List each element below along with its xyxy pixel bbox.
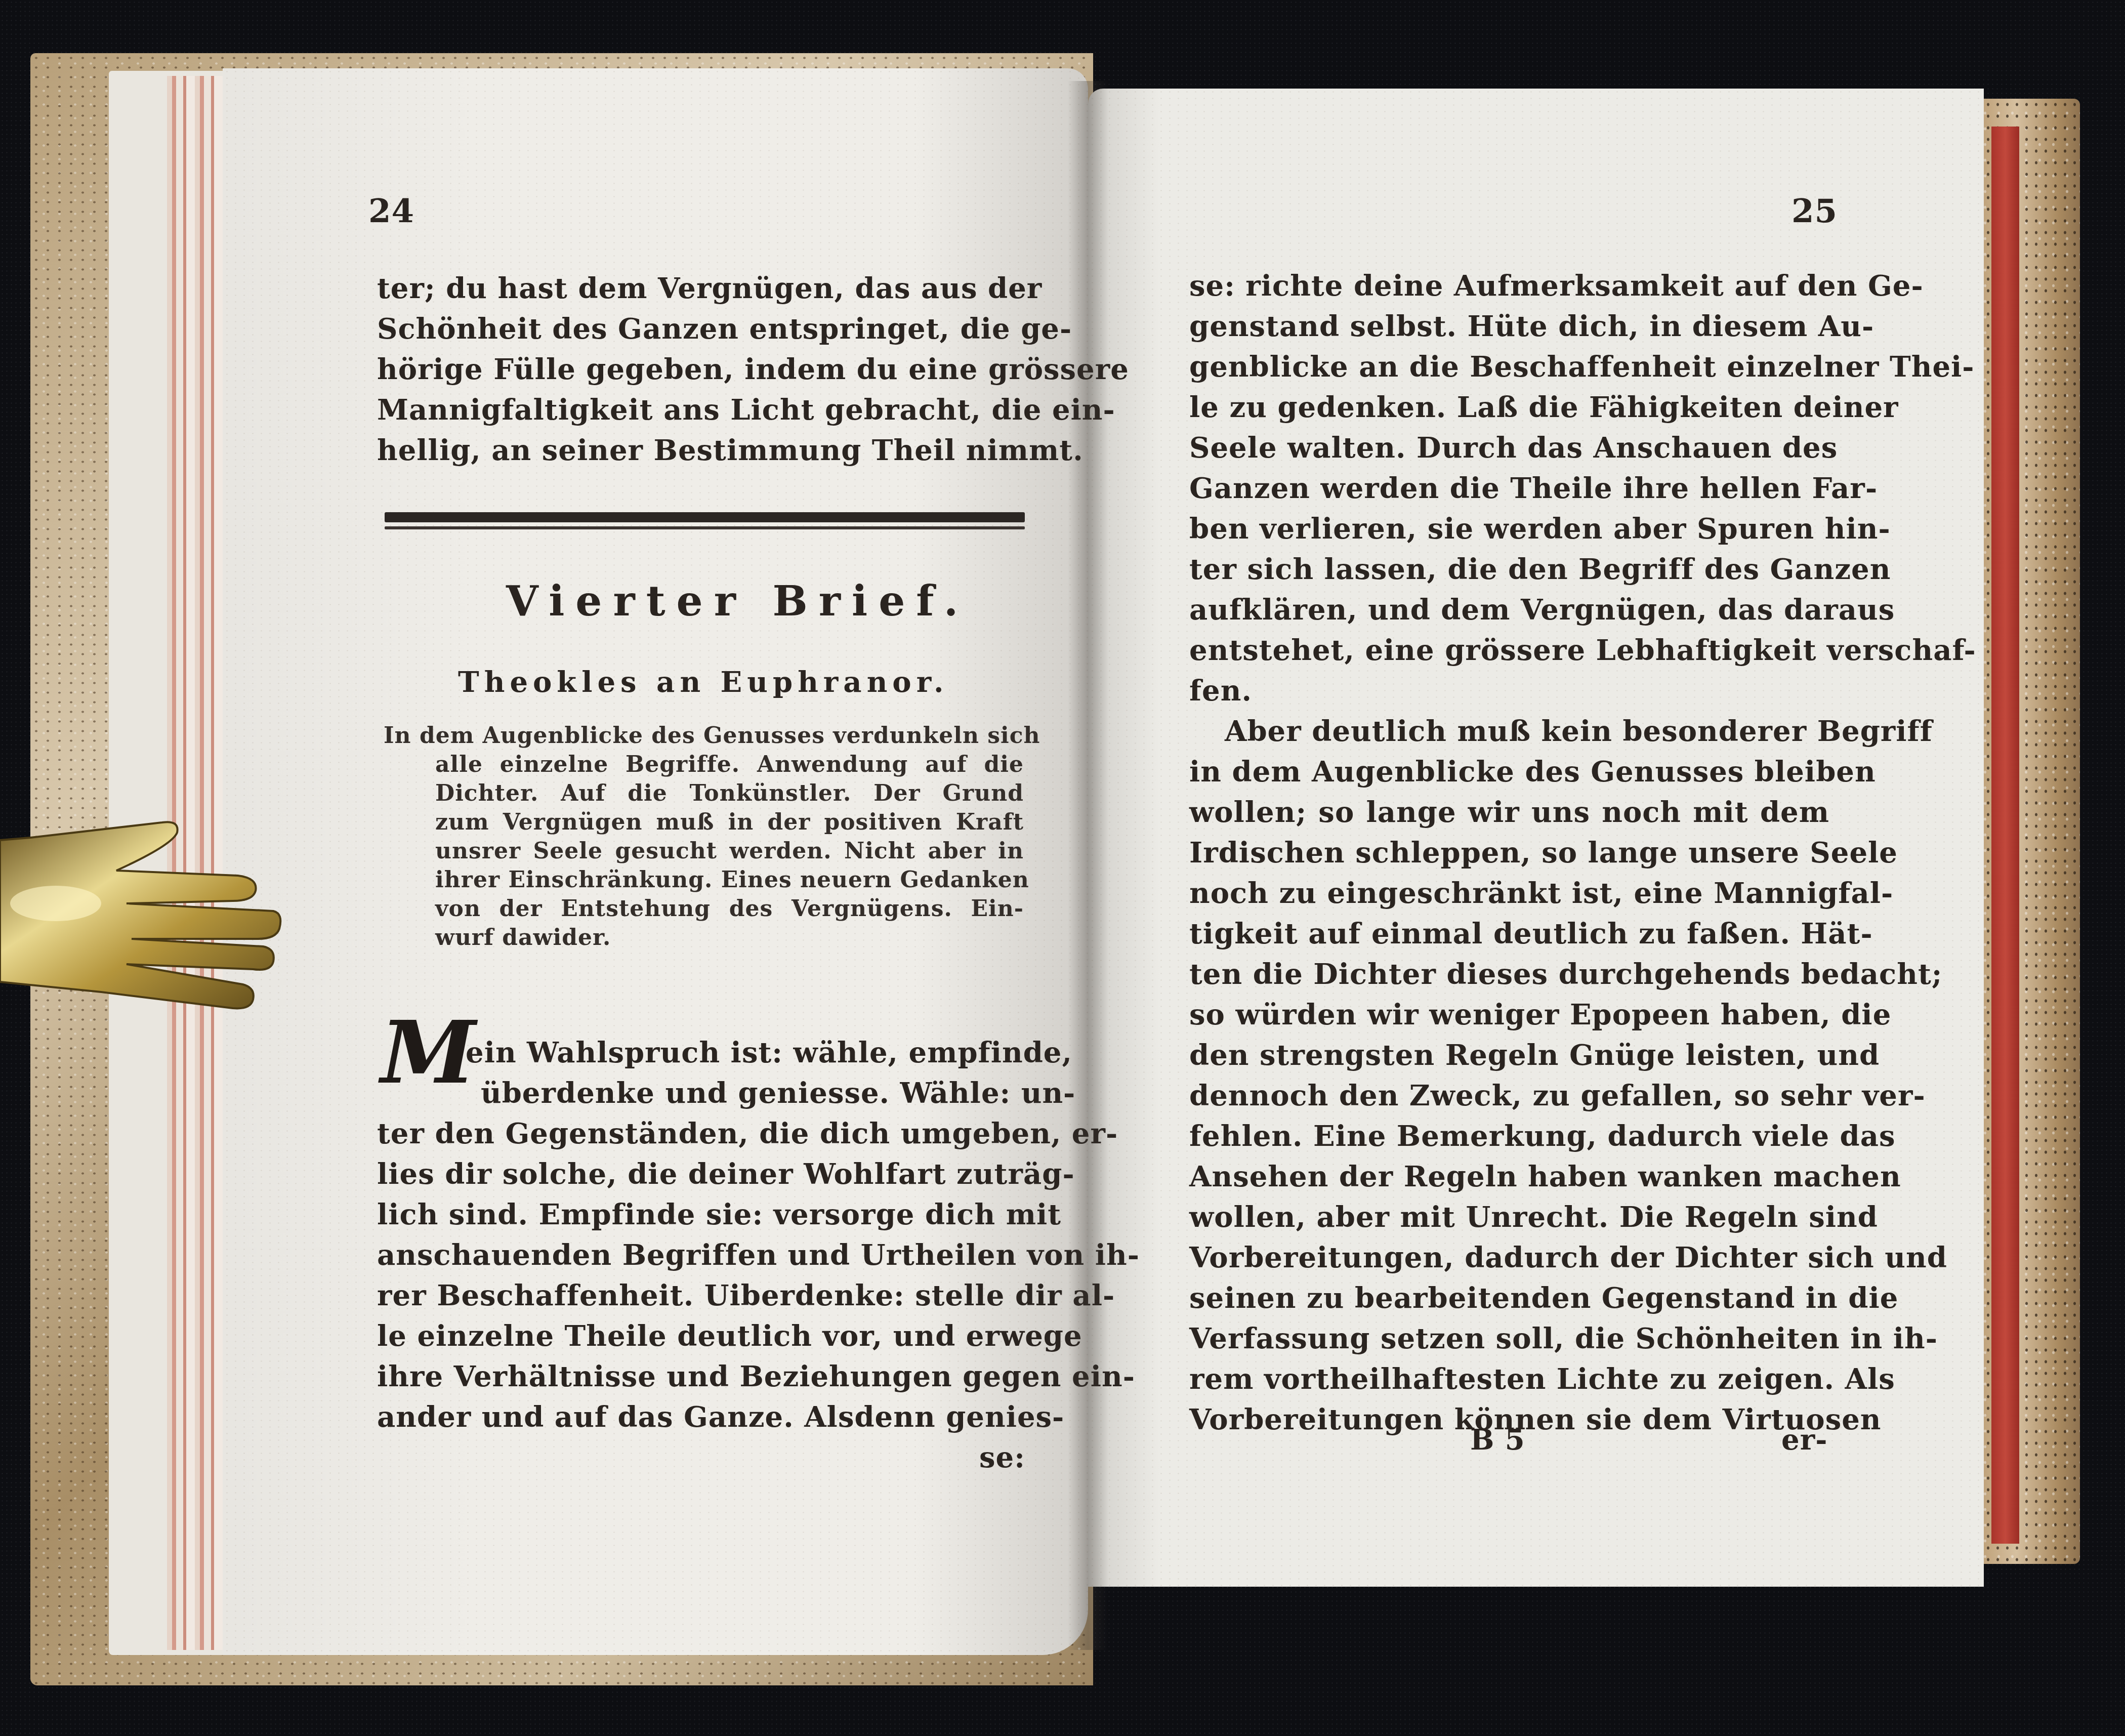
chapter-subheading: Theokles an Euphranor.	[458, 666, 949, 699]
text-line: tigkeit auf einmal deutlich zu faßen. Hä…	[1189, 914, 1829, 954]
text-line: überdenke und geniesse. Wähle: un-	[481, 1073, 1025, 1113]
text-line: se: richte deine Aufmerksamkeit auf den …	[1189, 266, 1829, 306]
text-line: den strengsten Regeln Gnüge leisten, und	[1189, 1035, 1829, 1076]
summary-line: zum Vergnügen muß in der positiven Kraft	[435, 808, 1024, 837]
text-line: ein Wahlspruch ist: wähle, empfinde,	[466, 1032, 1027, 1073]
catchword: er-	[1781, 1420, 1827, 1460]
text-line: genblicke an die Beschaffenheit einzelne…	[1189, 347, 1829, 387]
text-line: seinen zu bearbeitenden Gegenstand in di…	[1189, 1278, 1829, 1318]
text-line: hörige Fülle gegeben, indem du eine grös…	[377, 349, 1025, 390]
text-line: in dem Augenblicke des Genusses bleiben	[1189, 752, 1829, 792]
text-line: ter; du hast dem Vergnügen, das aus der	[377, 268, 1025, 309]
summary-line: unsrer Seele gesucht werden. Nicht aber …	[435, 837, 1024, 865]
text-line: Seele walten. Durch das Anschauen des	[1189, 428, 1829, 468]
brass-hand-icon	[0, 810, 283, 1022]
text-line: Aber deutlich muß kein besonderer Begrif…	[1225, 711, 1829, 752]
text-line: ten die Dichter dieses durchgehends beda…	[1189, 954, 1829, 995]
text-line: ter den Gegenständen, die dich umgeben, …	[377, 1113, 1025, 1154]
page-number-right: 25	[1791, 192, 1838, 230]
text-line: Irdischen schleppen, so lange unsere See…	[1189, 833, 1829, 873]
text-line: wollen, aber mit Unrecht. Die Regeln sin…	[1189, 1197, 1829, 1237]
text-line: lies dir solche, die deiner Wohlfart zut…	[377, 1154, 1025, 1194]
summary-line: ihrer Einschränkung. Eines neuern Gedank…	[435, 865, 1024, 894]
section-rule-thin	[385, 526, 1025, 529]
text-line: rem vortheilhaftesten Lichte zu zeigen. …	[1189, 1359, 1829, 1399]
catchword: se:	[979, 1437, 1025, 1478]
text-line: rer Beschaffenheit. Uiberdenke: stelle d…	[377, 1275, 1025, 1316]
text-line: Mannigfaltigkeit ans Licht gebracht, die…	[377, 390, 1025, 430]
summary-line: In dem Augenblicke des Genusses verdunke…	[384, 721, 1024, 750]
text-line: lich sind. Empfinde sie: versorge dich m…	[377, 1194, 1025, 1235]
text-line: ander und auf das Ganze. Alsdenn genies-	[377, 1397, 1025, 1437]
text-line: Ganzen werden die Theile ihre hellen Far…	[1189, 468, 1829, 509]
text-line: ter sich lassen, die den Begriff des Gan…	[1189, 549, 1829, 590]
text-line: noch zu eingeschränkt ist, eine Mannigfa…	[1189, 873, 1829, 914]
text-line: Ansehen der Regeln haben wanken machen	[1189, 1156, 1829, 1197]
text-line: Vorbereitungen, dadurch der Dichter sich…	[1189, 1237, 1829, 1278]
text-line: le zu gedenken. Laß die Fähigkeiten dein…	[1189, 387, 1829, 428]
text-line: le einzelne Theile deutlich vor, und erw…	[377, 1316, 1025, 1356]
text-line: so würden wir weniger Epopeen haben, die	[1189, 995, 1829, 1035]
drop-cap: M	[381, 1010, 476, 1096]
section-rule	[385, 512, 1025, 522]
text-line: Schönheit des Ganzen entspringet, die ge…	[377, 309, 1025, 349]
text-line: fehlen. Eine Bemerkung, dadurch viele da…	[1189, 1116, 1829, 1156]
chapter-heading: Vierter Brief.	[506, 577, 969, 626]
text-line: aufklären, und dem Vergnügen, das daraus	[1189, 590, 1829, 630]
text-line: genstand selbst. Hüte dich, in diesem Au…	[1189, 306, 1829, 347]
summary-line: alle einzelne Begriffe. Anwendung auf di…	[435, 750, 1024, 779]
summary-line: Dichter. Auf die Tonkünstler. Der Grund	[435, 779, 1024, 808]
page-number-left: 24	[368, 192, 414, 230]
text-line: dennoch den Zweck, zu gefallen, so sehr …	[1189, 1076, 1829, 1116]
red-page-edge	[1991, 127, 2019, 1544]
text-line: ben verlieren, sie werden aber Spuren hi…	[1189, 509, 1829, 549]
text-line: hellig, an seiner Bestimmung Theil nimmt…	[377, 430, 1084, 471]
gutter	[1068, 81, 1108, 1650]
text-line: wollen; so lange wir uns noch mit dem	[1189, 792, 1829, 833]
signature-mark: B 5	[1470, 1420, 1525, 1460]
summary-line: von der Entstehung des Vergnügens. Ein-	[435, 894, 1024, 923]
text-line: anschauenden Begriffen und Urtheilen von…	[377, 1235, 1025, 1275]
text-line: Verfassung setzen soll, die Schönheiten …	[1189, 1318, 1829, 1359]
text-line: ihre Verhältnisse und Beziehungen gegen …	[377, 1356, 1025, 1397]
text-line: fen.	[1189, 671, 1252, 711]
book-cover-right	[1974, 99, 2080, 1564]
summary-line: wurf dawider.	[435, 923, 611, 952]
text-line: entstehet, eine grössere Lebhaftigkeit v…	[1189, 630, 1829, 671]
